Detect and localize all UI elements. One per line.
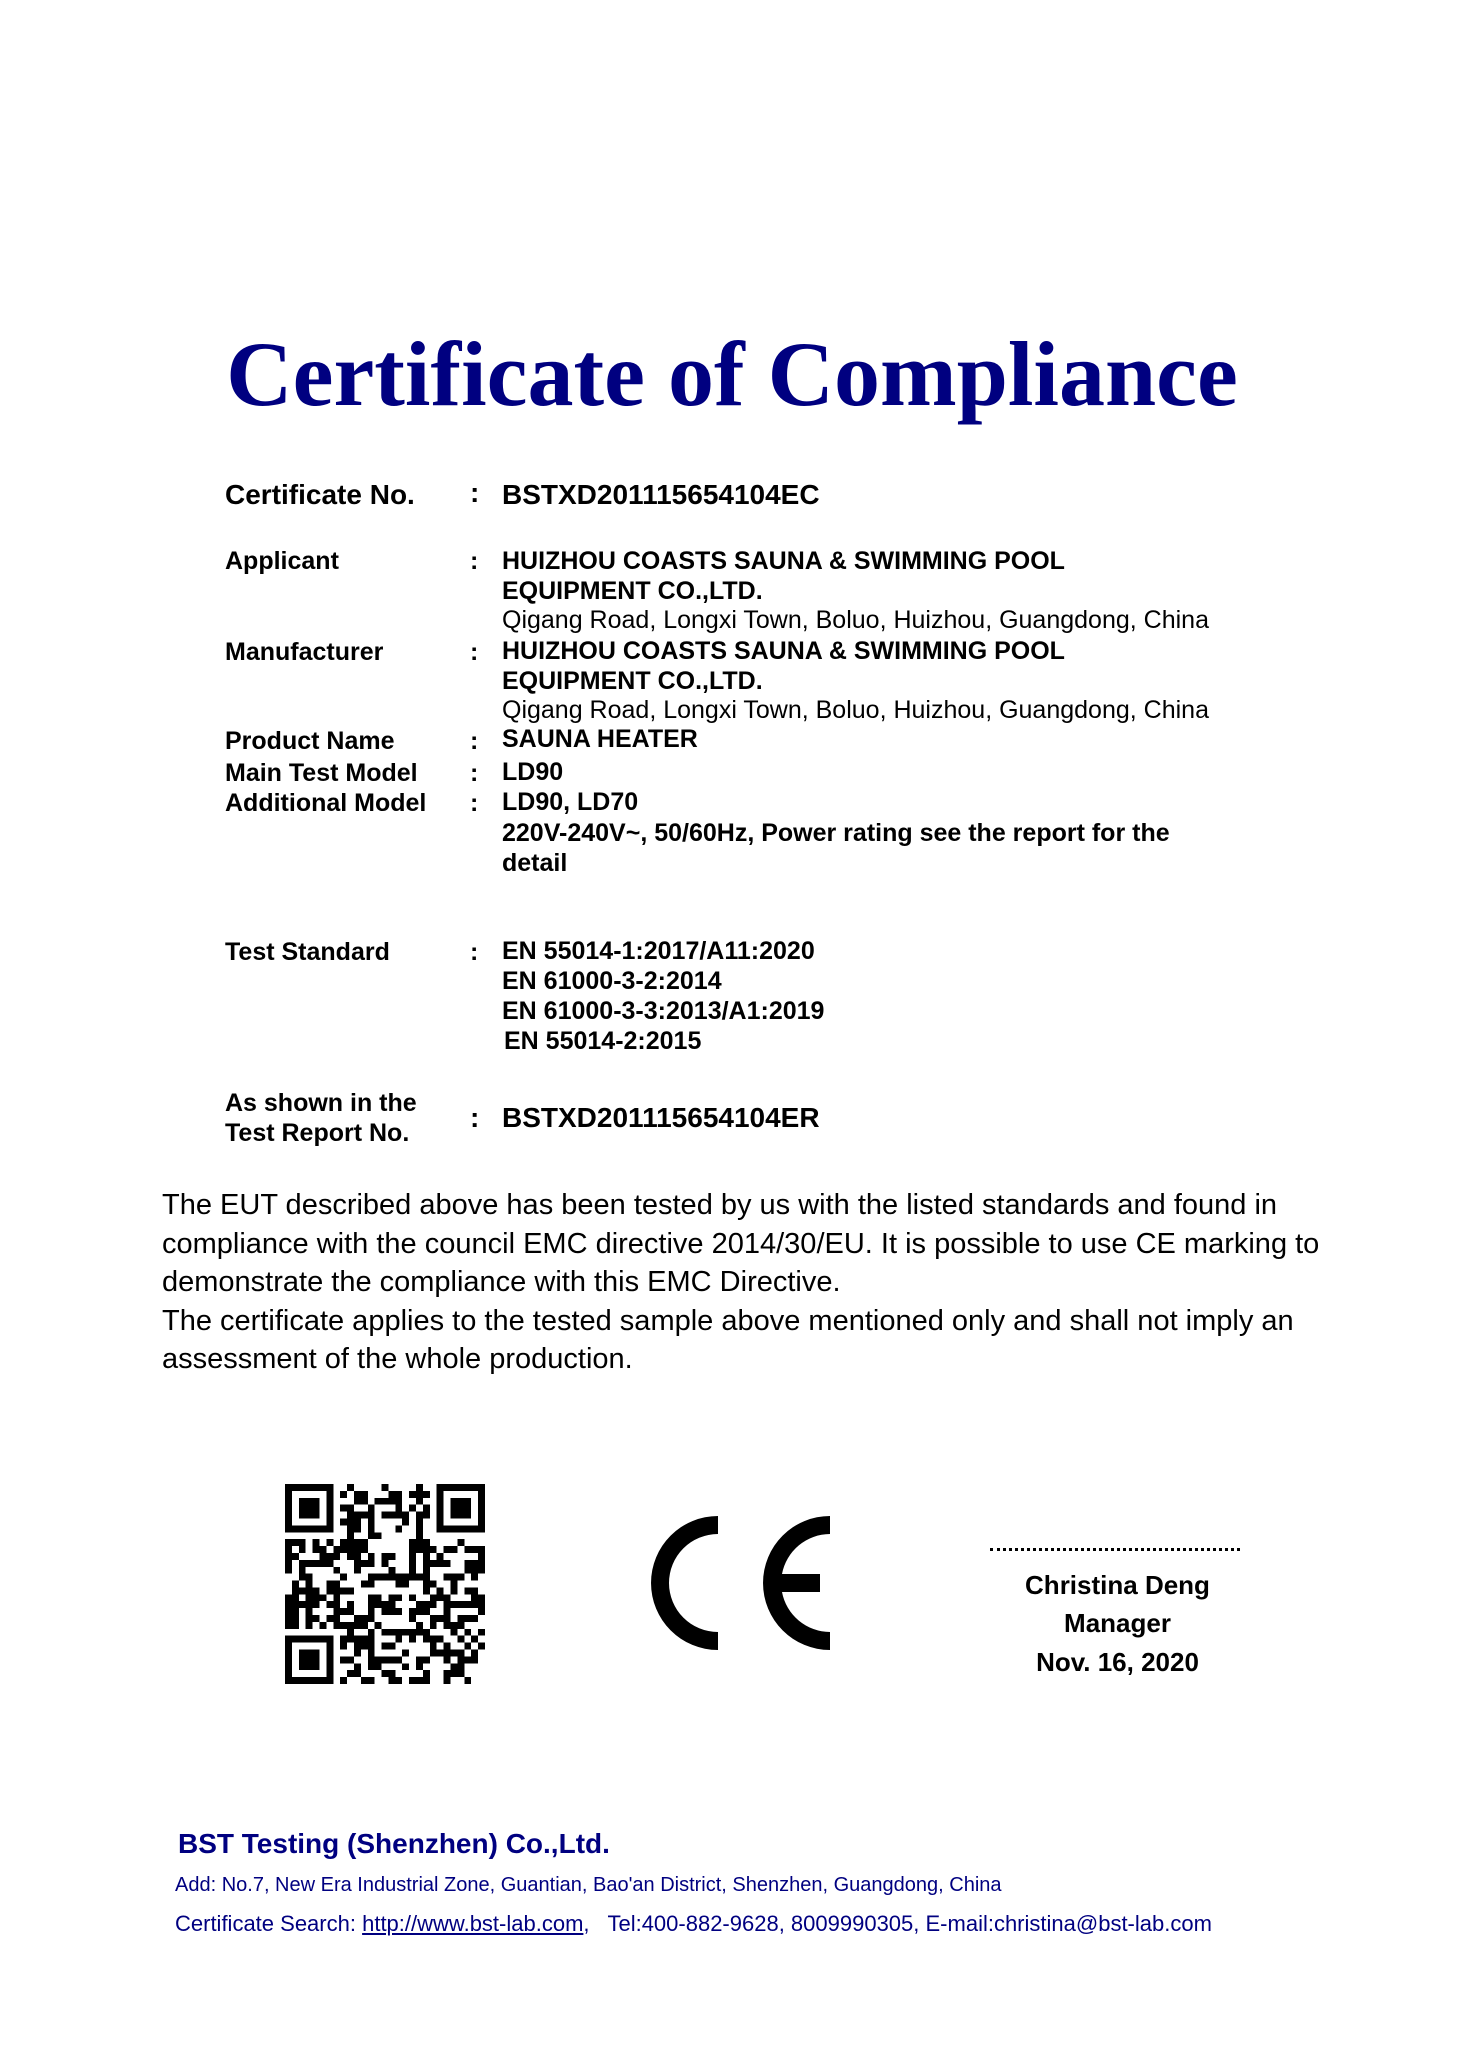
statement-paragraph-2: The certificate applies to the tested sa…	[162, 1302, 1322, 1379]
certificate-no-value: BSTXD201115654104EC	[502, 478, 820, 512]
manufacturer-label: Manufacturer	[225, 637, 383, 667]
additional-model-value: LD90, LD70	[502, 787, 638, 817]
issuer-company: BST Testing (Shenzhen) Co.,Ltd.	[178, 1828, 610, 1860]
qr-code-icon	[285, 1484, 485, 1684]
test-standard-item: EN 61000-3-2:2014	[502, 966, 722, 996]
manufacturer-name-line2: EQUIPMENT CO.,LTD.	[502, 666, 763, 696]
test-standard-item: EN 55014-1:2017/A11:2020	[502, 936, 815, 966]
power-rating-line1: 220V-240V~, 50/60Hz, Power rating see th…	[502, 818, 1170, 848]
product-name-label: Product Name	[225, 726, 394, 756]
separator: :	[470, 637, 478, 667]
applicant-name-line1: HUIZHOU COASTS SAUNA & SWIMMING POOL	[502, 546, 1065, 576]
separator: :	[470, 546, 478, 576]
applicant-label: Applicant	[225, 546, 339, 576]
separator: :	[470, 476, 479, 510]
test-standard-label: Test Standard	[225, 937, 390, 967]
product-name-value: SAUNA HEATER	[502, 724, 698, 754]
search-link[interactable]: http://www.bst-lab.com	[362, 1911, 583, 1936]
signatory-title: Manager	[990, 1604, 1245, 1643]
separator: :	[470, 758, 478, 788]
power-rating-line2: detail	[502, 848, 567, 878]
signatory-name: Christina Deng	[990, 1566, 1245, 1605]
signature-line	[990, 1548, 1240, 1551]
certificate-title: Certificate of Compliance	[0, 328, 1464, 420]
signature-date: Nov. 16, 2020	[990, 1643, 1245, 1682]
separator: :	[470, 937, 478, 967]
applicant-address: Qigang Road, Longxi Town, Boluo, Huizhou…	[502, 605, 1209, 635]
test-report-label-line2: Test Report No.	[225, 1118, 409, 1148]
test-standard-item: EN 61000-3-3:2013/A1:2019	[502, 996, 824, 1026]
search-label: Certificate Search:	[175, 1911, 356, 1936]
ce-mark-icon	[640, 1508, 840, 1658]
issuer-address: Add: No.7, New Era Industrial Zone, Guan…	[175, 1874, 1002, 1897]
test-standard-item: EN 55014-2:2015	[504, 1026, 701, 1056]
certificate-search: Certificate Search: http://www.bst-lab.c…	[175, 1911, 1212, 1937]
main-test-model-label: Main Test Model	[225, 758, 418, 788]
test-report-label-line1: As shown in the	[225, 1088, 417, 1118]
manufacturer-name-line1: HUIZHOU COASTS SAUNA & SWIMMING POOL	[502, 636, 1065, 666]
compliance-statement: The EUT described above has been tested …	[162, 1186, 1322, 1379]
certificate-no-label: Certificate No.	[225, 478, 415, 512]
test-report-no-value: BSTXD201115654104ER	[502, 1101, 820, 1135]
statement-paragraph-1: The EUT described above has been tested …	[162, 1186, 1322, 1302]
main-test-model-value: LD90	[502, 757, 563, 787]
separator: :	[470, 788, 478, 818]
applicant-name-line2: EQUIPMENT CO.,LTD.	[502, 576, 763, 606]
separator: :	[470, 726, 478, 756]
additional-model-label: Additional Model	[225, 788, 426, 818]
contact-info: , Tel:400-882-9628, 8009990305, E-mail:c…	[583, 1911, 1212, 1936]
separator: :	[470, 1101, 479, 1135]
manufacturer-address: Qigang Road, Longxi Town, Boluo, Huizhou…	[502, 695, 1209, 725]
